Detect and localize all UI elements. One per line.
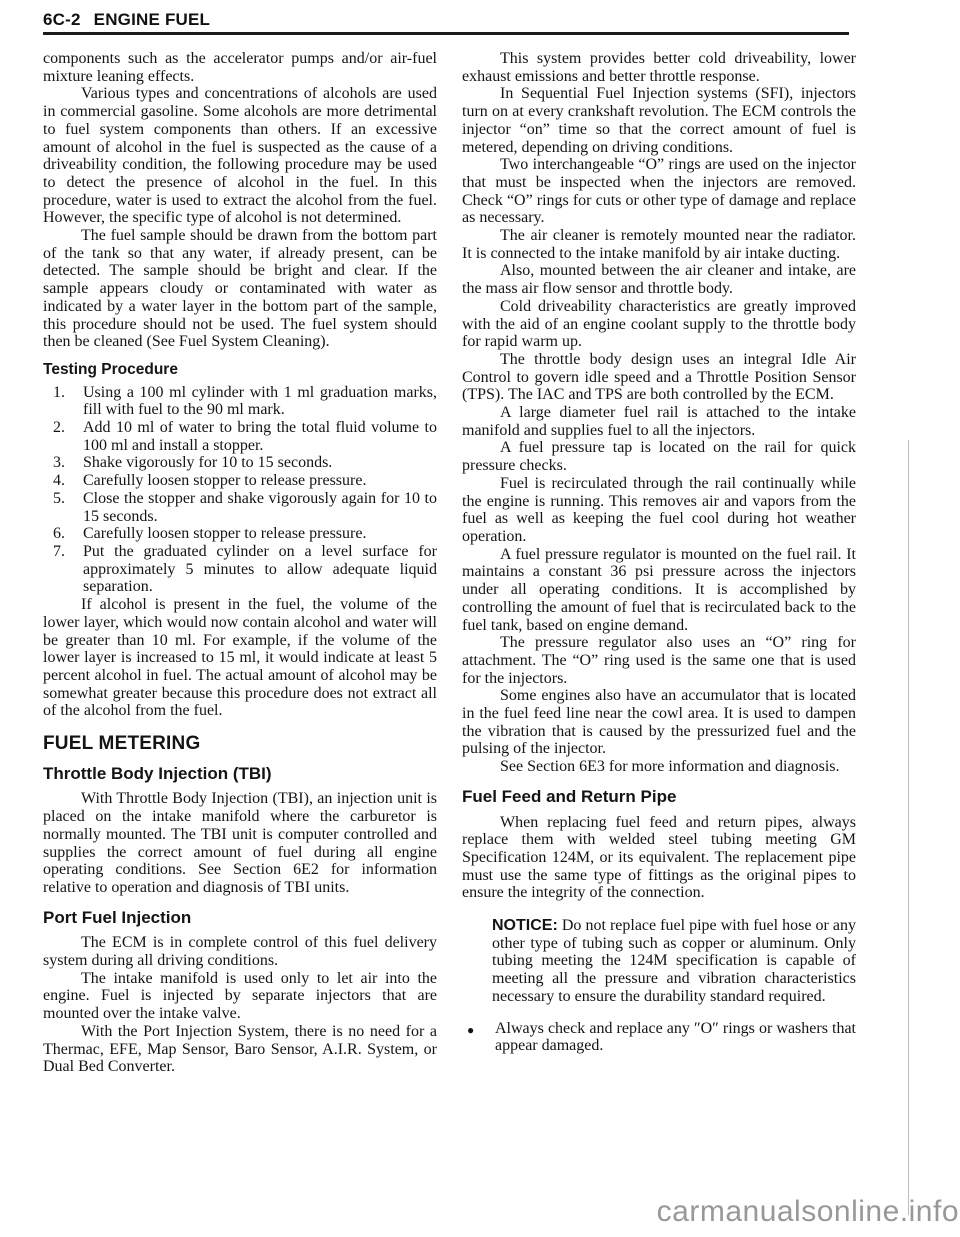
list-item: ● Always check and replace any ″O″ rings… bbox=[462, 1020, 856, 1055]
step-text: Carefully loosen stopper to release pres… bbox=[83, 525, 366, 542]
port-fuel-injection-heading: Port Fuel Injection bbox=[43, 909, 437, 927]
paragraph: With Throttle Body Injection (TBI), an i… bbox=[43, 790, 437, 896]
notice-block: NOTICE: Do not replace fuel pipe with fu… bbox=[492, 917, 856, 1006]
fuel-metering-heading: FUEL METERING bbox=[43, 735, 437, 753]
paragraph: The intake manifold is used only to let … bbox=[43, 970, 437, 1023]
tbi-heading: Throttle Body Injection (TBI) bbox=[43, 765, 437, 783]
step-number: 4. bbox=[53, 472, 65, 490]
list-item: 6. Carefully loosen stopper to release p… bbox=[43, 525, 437, 543]
step-number: 7. bbox=[53, 543, 65, 561]
step-text: Put the graduated cylinder on a level su… bbox=[83, 543, 437, 595]
paragraph: See Section 6E3 for more information and… bbox=[462, 758, 856, 776]
step-text: Close the stopper and shake vigorously a… bbox=[83, 490, 437, 525]
right-column: This system provides better cold driveab… bbox=[462, 50, 856, 1055]
step-text: Using a 100 ml cylinder with 1 ml gradua… bbox=[83, 384, 437, 419]
notice-label: NOTICE: bbox=[492, 917, 558, 934]
paragraph: In Sequential Fuel Injection systems (SF… bbox=[462, 85, 856, 156]
list-item: 3. Shake vigorously for 10 to 15 seconds… bbox=[43, 454, 437, 472]
page-header: 6C-2ENGINE FUEL bbox=[43, 10, 210, 30]
testing-procedure-heading: Testing Procedure bbox=[43, 361, 437, 379]
watermark: carmanualsonline.info bbox=[657, 1195, 959, 1229]
paragraph: Various types and concentrations of alco… bbox=[43, 85, 437, 227]
step-number: 2. bbox=[53, 419, 65, 437]
paragraph: Some engines also have an accumulator th… bbox=[462, 687, 856, 758]
paragraph: Also, mounted between the air cleaner an… bbox=[462, 262, 856, 297]
paragraph: Two interchangeable “O” rings are used o… bbox=[462, 156, 856, 227]
step-text: Carefully loosen stopper to release pres… bbox=[83, 472, 366, 489]
bullet-text: Always check and replace any ″O″ rings o… bbox=[495, 1020, 856, 1055]
step-text: Add 10 ml of water to bring the total fl… bbox=[83, 419, 437, 454]
paragraph: If alcohol is present in the fuel, the v… bbox=[43, 596, 437, 720]
paragraph: With the Port Injection System, there is… bbox=[43, 1023, 437, 1076]
list-item: 4. Carefully loosen stopper to release p… bbox=[43, 472, 437, 490]
paragraph: When replacing fuel feed and return pipe… bbox=[462, 814, 856, 903]
list-item: 1. Using a 100 ml cylinder with 1 ml gra… bbox=[43, 384, 437, 419]
step-text: Shake vigorously for 10 to 15 seconds. bbox=[83, 454, 332, 471]
step-number: 1. bbox=[53, 384, 65, 402]
header-rule bbox=[43, 32, 849, 35]
paragraph: The fuel sample should be drawn from the… bbox=[43, 227, 437, 351]
list-item: 7. Put the graduated cylinder on a level… bbox=[43, 543, 437, 596]
list-item: 5. Close the stopper and shake vigorousl… bbox=[43, 490, 437, 525]
paragraph: The pressure regulator also uses an “O” … bbox=[462, 634, 856, 687]
paragraph: The air cleaner is remotely mounted near… bbox=[462, 227, 856, 262]
page-title: ENGINE FUEL bbox=[94, 10, 211, 29]
section-code: 6C-2 bbox=[43, 10, 81, 29]
list-item: 2. Add 10 ml of water to bring the total… bbox=[43, 419, 437, 454]
paragraph: A large diameter fuel rail is attached t… bbox=[462, 404, 856, 439]
paragraph: components such as the accelerator pumps… bbox=[43, 50, 437, 85]
step-number: 3. bbox=[53, 454, 65, 472]
paragraph: The throttle body design uses an integra… bbox=[462, 351, 856, 404]
fuel-feed-return-pipe-heading: Fuel Feed and Return Pipe bbox=[462, 788, 856, 806]
bullet-icon: ● bbox=[467, 1022, 474, 1040]
paragraph: Cold driveability characteristics are gr… bbox=[462, 298, 856, 351]
paragraph: Fuel is recirculated through the rail co… bbox=[462, 475, 856, 546]
left-column: components such as the accelerator pumps… bbox=[43, 50, 437, 1076]
step-number: 5. bbox=[53, 490, 65, 508]
paragraph: A fuel pressure tap is located on the ra… bbox=[462, 439, 856, 474]
paragraph: A fuel pressure regulator is mounted on … bbox=[462, 546, 856, 635]
paragraph: This system provides better cold driveab… bbox=[462, 50, 856, 85]
scan-artifact-line bbox=[908, 440, 909, 1215]
step-number: 6. bbox=[53, 525, 65, 543]
paragraph: The ECM is in complete control of this f… bbox=[43, 934, 437, 969]
